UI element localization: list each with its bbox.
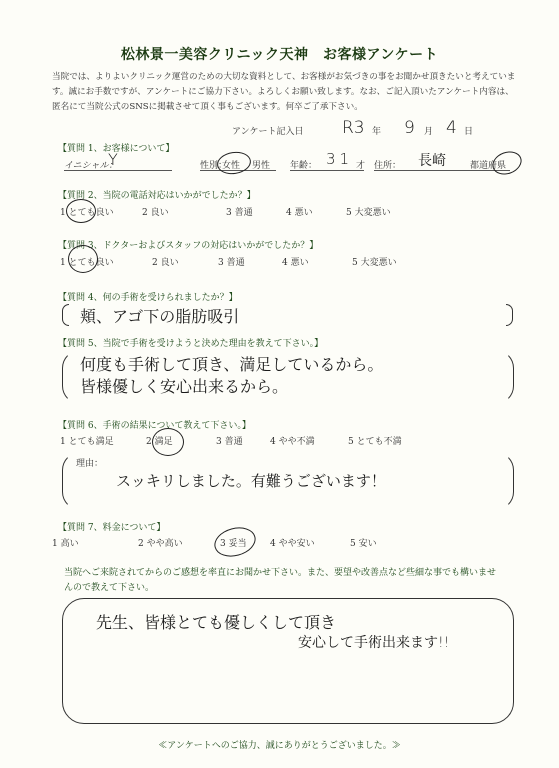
- q4-answer[interactable]: 頬、アゴ下の脂肪吸引: [80, 304, 239, 327]
- address-selected-circle: [489, 148, 525, 179]
- address-field[interactable]: 住所： 長崎 都道府県: [374, 152, 510, 171]
- q3-options: 1 とても良い 2 良い 3 普通 4 悪い 5 大変悪い: [60, 255, 520, 271]
- q7-selected-circle: [211, 523, 259, 561]
- q7-option-5[interactable]: 5 安い: [350, 536, 377, 549]
- q6-reason-answer: スッキリしました。有難うございます！: [116, 470, 386, 491]
- age-field[interactable]: 年齢： 31 才: [290, 152, 364, 171]
- survey-date-year-unit: 年: [372, 124, 381, 137]
- q4-heading: 【質問 4、何の手術を受けられましたか？】: [58, 290, 238, 303]
- age-value: 31: [326, 150, 353, 168]
- initial-value: Y: [108, 150, 118, 169]
- q7-option-4[interactable]: 4 やや安い: [270, 536, 315, 549]
- footer-thanks: ≪アンケートへのご協力、誠にありがとうございました。≫: [0, 738, 559, 751]
- q6-reason-label: 理由：: [76, 456, 103, 469]
- survey-date-day[interactable]: 4: [446, 118, 457, 138]
- q7-options: 1 高い 2 やや高い 3 妥当 4 やや安い 5 安い: [52, 536, 522, 552]
- q4-answer-bracket-left: [62, 304, 69, 326]
- age-unit: 才: [356, 158, 365, 171]
- survey-date-month-unit: 月: [424, 124, 433, 137]
- q2-selected-circle: [66, 199, 96, 223]
- q3-selected-circle: [68, 245, 98, 273]
- comments-answer-line-2: 安心して手術出来ます!!: [298, 632, 449, 652]
- q1-fields: イニシャル： Y 性別： 女性 男性 年齢： 31 才 住所： 長崎 都道府県: [60, 152, 520, 176]
- comments-prompt: 当院へご来院されてからのご感想を率直にお聞かせ下さい。また、要望や改善点など些細…: [64, 566, 504, 596]
- gender-field[interactable]: 性別： 女性 男性: [200, 152, 276, 171]
- q3-heading: 【質問 3、ドクターおよびスタッフの対応はいかがでしたか？】: [58, 238, 318, 251]
- q6-heading: 【質問 6、手術の結果について教えて下さい。】: [58, 418, 251, 431]
- q2-option-4[interactable]: 4 悪い: [286, 205, 313, 218]
- q3-option-5[interactable]: 5 大変悪い: [352, 255, 397, 268]
- q5-heading: 【質問 5、当院で手術を受けようと決めた理由を教えて下さい。】: [58, 336, 323, 349]
- q3-option-2[interactable]: 2 良い: [152, 255, 179, 268]
- address-value: 長崎: [418, 150, 446, 170]
- q7-option-2[interactable]: 2 やや高い: [138, 536, 183, 549]
- survey-date-day-unit: 日: [464, 124, 473, 137]
- survey-title: 松林景一美容クリニック天神 お客様アンケート: [0, 44, 559, 64]
- q2-heading: 【質問 2、当院の電話対応はいかがでしたか？】: [58, 188, 256, 201]
- gender-selected-circle: [216, 150, 253, 177]
- intro-text: 当院では、よりよいクリニック運営のための大切な資料として、お客様がお気づきの事を…: [52, 70, 522, 115]
- q5-answer-line-1: 何度も手術して頂き、満足しているから。: [80, 352, 383, 375]
- q6-option-4[interactable]: 4 やや不満: [270, 434, 315, 447]
- q2-option-5[interactable]: 5 大変悪い: [346, 205, 391, 218]
- q3-option-3[interactable]: 3 普通: [218, 255, 245, 268]
- q7-heading: 【質問 7、料金について】: [58, 520, 165, 533]
- gender-option-male[interactable]: 男性: [252, 158, 270, 171]
- survey-date: アンケート記入日 R3 年 9 月 4 日: [232, 118, 532, 140]
- age-label: 年齢：: [290, 158, 317, 171]
- survey-date-label: アンケート記入日: [232, 124, 303, 137]
- q2-option-3[interactable]: 3 普通: [226, 205, 253, 218]
- q6-option-3[interactable]: 3 普通: [216, 434, 243, 447]
- q4-answer-bracket-right: [506, 304, 513, 326]
- q3-option-4[interactable]: 4 悪い: [282, 255, 309, 268]
- comments-answer-line-1: 先生、皆様とても優しくして頂き: [96, 610, 336, 633]
- q6-option-5[interactable]: 5 とても不満: [348, 434, 402, 447]
- initial-field[interactable]: イニシャル： Y: [64, 152, 172, 171]
- q5-answer-line-2: 皆様優しく安心出来るから。: [80, 374, 288, 397]
- survey-date-era-year[interactable]: R3: [342, 118, 365, 138]
- q6-options: 1 とても満足 2 満足 3 普通 4 やや不満 5 とても不満: [60, 434, 520, 450]
- q2-option-2[interactable]: 2 良い: [142, 205, 169, 218]
- address-label: 住所：: [374, 158, 401, 171]
- survey-date-month[interactable]: 9: [404, 118, 415, 138]
- q2-options: 1 とても良い 2 良い 3 普通 4 悪い 5 大変悪い: [60, 205, 520, 221]
- q6-option-1[interactable]: 1 とても満足: [60, 434, 114, 447]
- q7-option-1[interactable]: 1 高い: [52, 536, 79, 549]
